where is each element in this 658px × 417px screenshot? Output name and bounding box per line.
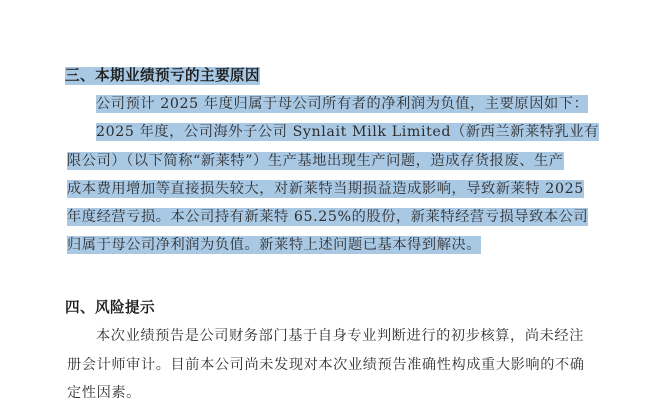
section-4-line-1: 本次业绩预告是公司财务部门基于自身专业判断进行的初步核算，尚未经注	[96, 327, 584, 345]
section-4-heading: 四、风险提示	[65, 299, 155, 317]
section-4-line-2: 册会计师审计。目前本公司尚未发现对本次业绩预告准确性构成重大影响的不确	[67, 356, 585, 374]
section-3-line-1[interactable]: 公司预计 2025 年度归属于母公司所有者的净利润为负值，主要原因如下：	[96, 95, 588, 113]
section-3-line-6[interactable]: 归属于母公司净利润为负值。新莱特上述问题已基本得到解决。	[67, 236, 481, 254]
section-3-line-3[interactable]: 限公司）（以下简称“新莱特”）生产基地出现生产问题，造成存货报废、生产	[67, 152, 564, 170]
section-3-heading[interactable]: 三、本期业绩预亏的主要原因	[65, 67, 260, 85]
section-4-line-3: 定性因素。	[67, 384, 141, 402]
section-3-line-2[interactable]: 2025 年度，公司海外子公司 Synlait Milk Limited（新西兰…	[96, 123, 599, 141]
document-page: 三、本期业绩预亏的主要原因 公司预计 2025 年度归属于母公司所有者的净利润为…	[0, 0, 658, 417]
section-3-line-4[interactable]: 成本费用增加等直接损失较大，对新莱特当期损益造成影响，导致新莱特 2025	[67, 180, 584, 198]
section-3-line-5[interactable]: 年度经营亏损。本公司持有新莱特 65.25%的股份，新莱特经营亏损导致本公司	[67, 208, 588, 226]
